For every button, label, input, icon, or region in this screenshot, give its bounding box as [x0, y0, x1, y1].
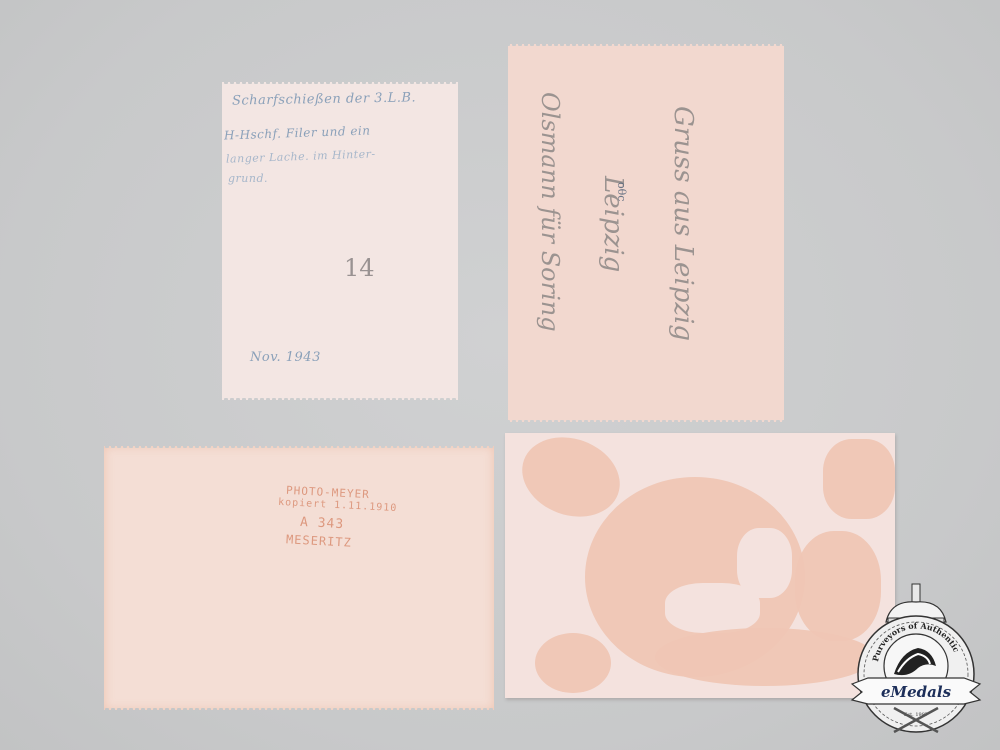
pencil-line-1: Gruss aus Leipzig: [668, 106, 698, 341]
logo-brand: eMedals: [881, 683, 952, 701]
glue-residue: [823, 439, 895, 519]
photo-back-bottom-left: PHOTO-MEYER kopiert 1.11.1910 A 343 MESE…: [104, 446, 494, 710]
glue-residue: [535, 633, 611, 693]
pencil-number: 14: [344, 254, 375, 282]
handwritten-caption-line-2: H-Hschf. Filer und ein: [224, 123, 371, 142]
photo-back-top-right: Gruss aus Leipzig Leipzig Olsmann für So…: [508, 44, 784, 422]
residue-gap: [737, 528, 792, 598]
handwritten-date: Nov. 1943: [250, 350, 321, 365]
ink-mark: oθc: [615, 182, 628, 201]
handwritten-caption-line-3: langer Lache. im Hinter-: [226, 147, 376, 165]
stamp-copy-date: kopiert 1.11.1910: [278, 497, 398, 514]
photo-back-bottom-right: [505, 433, 895, 698]
handwritten-caption-line-4: grund.: [228, 172, 268, 185]
photo-back-top-left: Scharfschießen der 3.L.B. H-Hschf. Filer…: [222, 82, 458, 400]
emedals-logo-icon: Purveyors of Authentic Militaria eMedals…: [846, 582, 986, 742]
stamp-number: A 343: [300, 515, 345, 532]
glue-residue: [655, 628, 875, 686]
stamp-town: MESERITZ: [286, 532, 352, 549]
handwritten-caption-line-1: Scharfschießen der 3.L.B.: [232, 90, 416, 108]
pencil-line-3: Olsmann für Soring: [536, 92, 564, 332]
